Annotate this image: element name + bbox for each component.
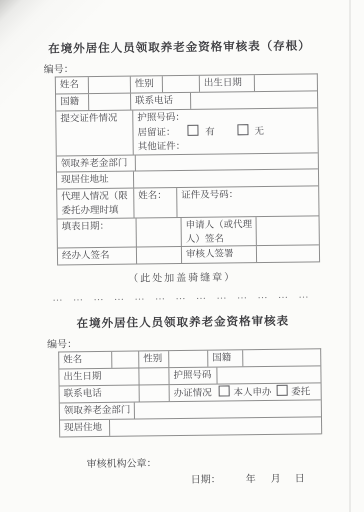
agent-id-label: 证件及号码： xyxy=(177,186,318,217)
tear-line: … … … … … … … … … … … … … … xyxy=(52,289,310,303)
reviewer-sign-label: 审核人签署 xyxy=(182,246,257,263)
submitted-docs-label: 提交证件情况 xyxy=(56,111,134,156)
birth-date-label: 出生日期 xyxy=(59,369,139,386)
gender-label: 性别 xyxy=(139,351,169,367)
apply-type-label: 办证情况 xyxy=(174,389,212,399)
table-row: 经办人签名 审核人签署 xyxy=(58,245,319,265)
phone-label: 联系电话 xyxy=(60,386,140,403)
have-label: 有 xyxy=(205,128,215,138)
gender-value-cell xyxy=(169,351,208,367)
name-value-cell xyxy=(89,77,131,94)
applicant-sign-value-cell xyxy=(257,216,319,245)
gender-value-cell xyxy=(163,76,200,92)
residence-permit-have-checkbox[interactable] xyxy=(188,125,199,136)
day-label: 日 xyxy=(295,470,305,485)
phone-value-cell xyxy=(140,385,170,401)
submitted-docs-content: 护照号码： 居留证： 有 无 其他证件： xyxy=(133,108,318,154)
not-have-label: 无 xyxy=(254,127,264,137)
current-address-label: 现居住地址 xyxy=(60,420,110,437)
date-label: 日期： xyxy=(191,471,221,486)
nationality-label: 国籍 xyxy=(208,350,243,366)
month-label: 月 xyxy=(271,470,281,485)
year-label: 年 xyxy=(246,470,256,485)
entrust-apply-checkbox[interactable] xyxy=(277,385,288,396)
agent-info-label: 代理人情况（限委托办理时填写） xyxy=(57,189,134,219)
form-content: 在境外居住人员领取养老金资格审核表（存根） 编号： 姓名 性别 出生日期 国籍 … xyxy=(0,0,364,512)
birth-date-value-cell xyxy=(255,74,317,91)
table-row: 提交证件情况 护照号码： 居留证： 有 无 其他证件： xyxy=(56,108,318,156)
pension-dept-value-cell xyxy=(136,153,318,170)
name-label: 姓名 xyxy=(59,352,112,369)
handler-sign-value-cell xyxy=(137,247,182,264)
current-address-value-cell xyxy=(134,169,318,187)
nationality-value-cell xyxy=(89,94,131,111)
pension-dept-label: 领取养老金部门 xyxy=(57,156,136,172)
phone-value-cell xyxy=(191,91,317,109)
pension-dept-value-cell xyxy=(135,400,321,418)
seal-note: （此处加盖骑缝章） xyxy=(0,267,364,286)
stub-table: 姓名 性别 出生日期 国籍 联系电话 提交证件情况 护照号码： xyxy=(55,73,320,265)
footer: 审核机构公章： 日期： 年 月 日 xyxy=(2,452,364,496)
scanned-form-page: 在境外居住人员领取养老金资格审核表（存根） 编号： 姓名 性别 出生日期 国籍 … xyxy=(0,0,364,512)
stub-title: 在境外居住人员领取养老金资格审核表（存根） xyxy=(0,37,362,57)
reviewer-sign-value-cell xyxy=(257,245,319,262)
self-apply-label: 本人申办 xyxy=(233,388,271,398)
self-apply-checkbox[interactable] xyxy=(219,385,230,396)
birth-date-label: 出生日期 xyxy=(200,75,255,92)
org-seal-label: 审核机构公章： xyxy=(86,454,156,470)
gender-label: 性别 xyxy=(131,76,163,92)
birth-date-value-cell xyxy=(139,368,169,384)
table-row: 现居住地址 xyxy=(60,417,321,437)
pension-dept-label: 领取养老金部门 xyxy=(60,403,135,420)
fill-date-label: 填表日期： xyxy=(58,219,137,248)
applicant-sign-label: 申请人（或代理人）签名 xyxy=(182,217,257,246)
table-row: 代理人情况（限委托办理时填写） 姓名： 证件及号码： xyxy=(57,186,318,219)
nationality-value-cell xyxy=(243,349,320,366)
main-title: 在境外居住人员领取养老金资格审核表 xyxy=(1,312,364,332)
date-line: 日期： 年 月 日 xyxy=(3,469,364,473)
nationality-label: 国籍 xyxy=(56,94,89,110)
passport-no-label: 护照号码 xyxy=(169,368,217,385)
table-row: 填表日期： 申请人（或代理人）签名 xyxy=(58,216,319,248)
fill-date-value-cell xyxy=(137,218,182,247)
residence-permit-label: 居留证： xyxy=(137,128,175,138)
agent-name-label: 姓名： xyxy=(134,188,177,218)
name-value-cell xyxy=(112,352,139,368)
passport-no-value-cell xyxy=(217,366,320,383)
handler-sign-label: 经办人签名 xyxy=(58,248,137,265)
residence-permit-none-checkbox[interactable] xyxy=(237,124,248,135)
name-label: 姓名 xyxy=(56,77,89,93)
main-table: 姓名 性别 国籍 出生日期 护照号码 联系电话 办证情况 xyxy=(58,348,322,437)
phone-label: 联系电话 xyxy=(131,93,191,110)
current-address-label: 现居住地址 xyxy=(57,172,134,189)
other-docs-label: 其他证件： xyxy=(138,138,315,154)
current-address-value-cell xyxy=(110,417,321,436)
apply-type-cell: 办证情况 本人申办 委托办理 xyxy=(170,383,321,401)
